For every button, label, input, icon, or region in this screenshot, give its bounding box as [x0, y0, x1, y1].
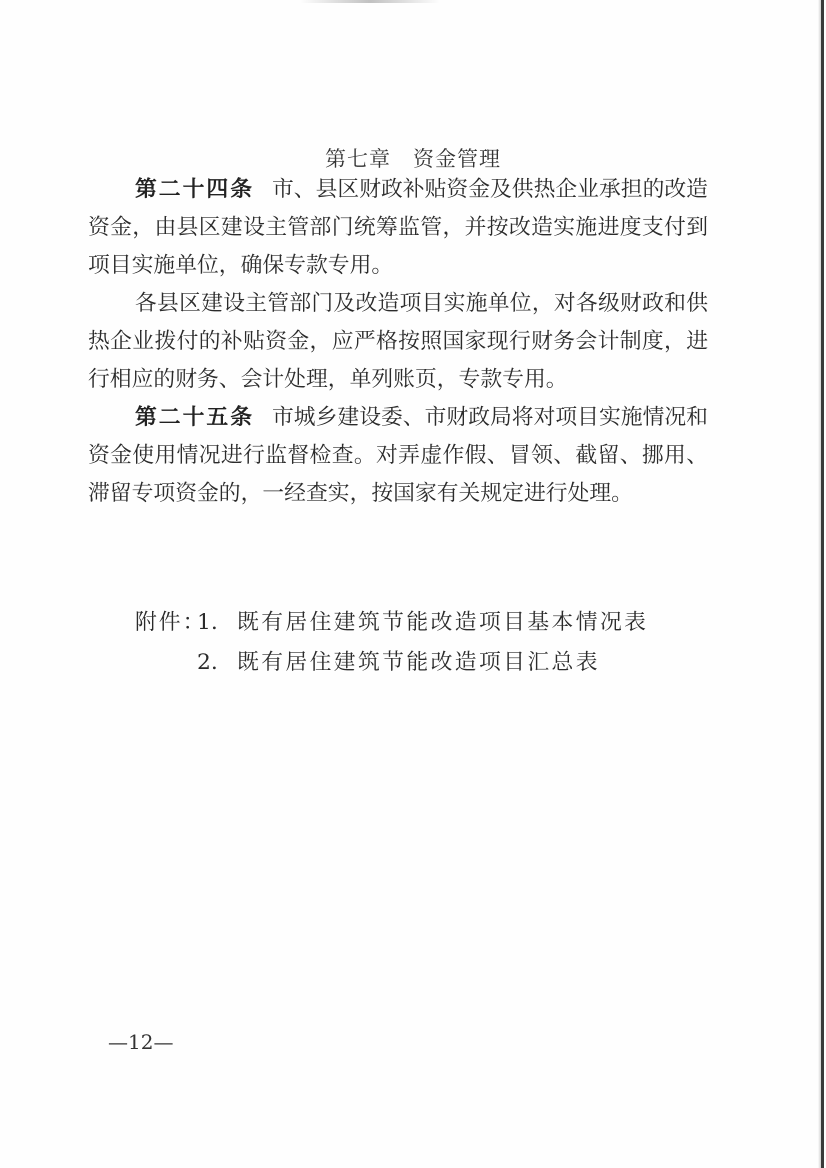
chapter-title: 第七章 资金管理 — [0, 143, 826, 173]
page-number: —12— — [108, 1030, 173, 1054]
attachment-item: 附件： 1. 既有居住建筑节能改造项目基本情况表 — [135, 603, 648, 643]
scan-page-edge — [821, 0, 824, 1168]
document-page: 第七章 资金管理 第二十四条市、县区财政补贴资金及供热企业承担的改造资金，由县区… — [0, 0, 826, 1168]
article-text: 各县区建设主管部门及改造项目实施单位，对各级财政和供热企业拨付的补贴资金，应严格… — [88, 291, 708, 392]
attachment-number: 2. — [197, 643, 237, 683]
scan-shadow — [300, 0, 440, 3]
attachment-number: 1. — [197, 603, 237, 643]
article-number: 第二十四条 — [135, 177, 254, 202]
attachments-label-spacer — [135, 643, 197, 683]
chapter-body: 第二十四条市、县区财政补贴资金及供热企业承担的改造资金，由县区建设主管部门统筹监… — [88, 171, 708, 513]
attachments-list: 附件： 1. 既有居住建筑节能改造项目基本情况表 2. 既有居住建筑节能改造项目… — [135, 603, 648, 683]
article-number: 第二十五条 — [135, 405, 254, 430]
attachment-title: 既有居住建筑节能改造项目基本情况表 — [237, 603, 648, 643]
article-24: 第二十四条市、县区财政补贴资金及供热企业承担的改造资金，由县区建设主管部门统筹监… — [88, 171, 708, 285]
article-25: 第二十五条市城乡建设委、市财政局将对项目实施情况和资金使用情况进行监督检查。对弄… — [88, 399, 708, 513]
article-24-paragraph-2: 各县区建设主管部门及改造项目实施单位，对各级财政和供热企业拨付的补贴资金，应严格… — [88, 285, 708, 399]
attachments-label: 附件： — [135, 603, 197, 643]
attachment-title: 既有居住建筑节能改造项目汇总表 — [237, 643, 600, 683]
attachment-item: 2. 既有居住建筑节能改造项目汇总表 — [135, 643, 648, 683]
